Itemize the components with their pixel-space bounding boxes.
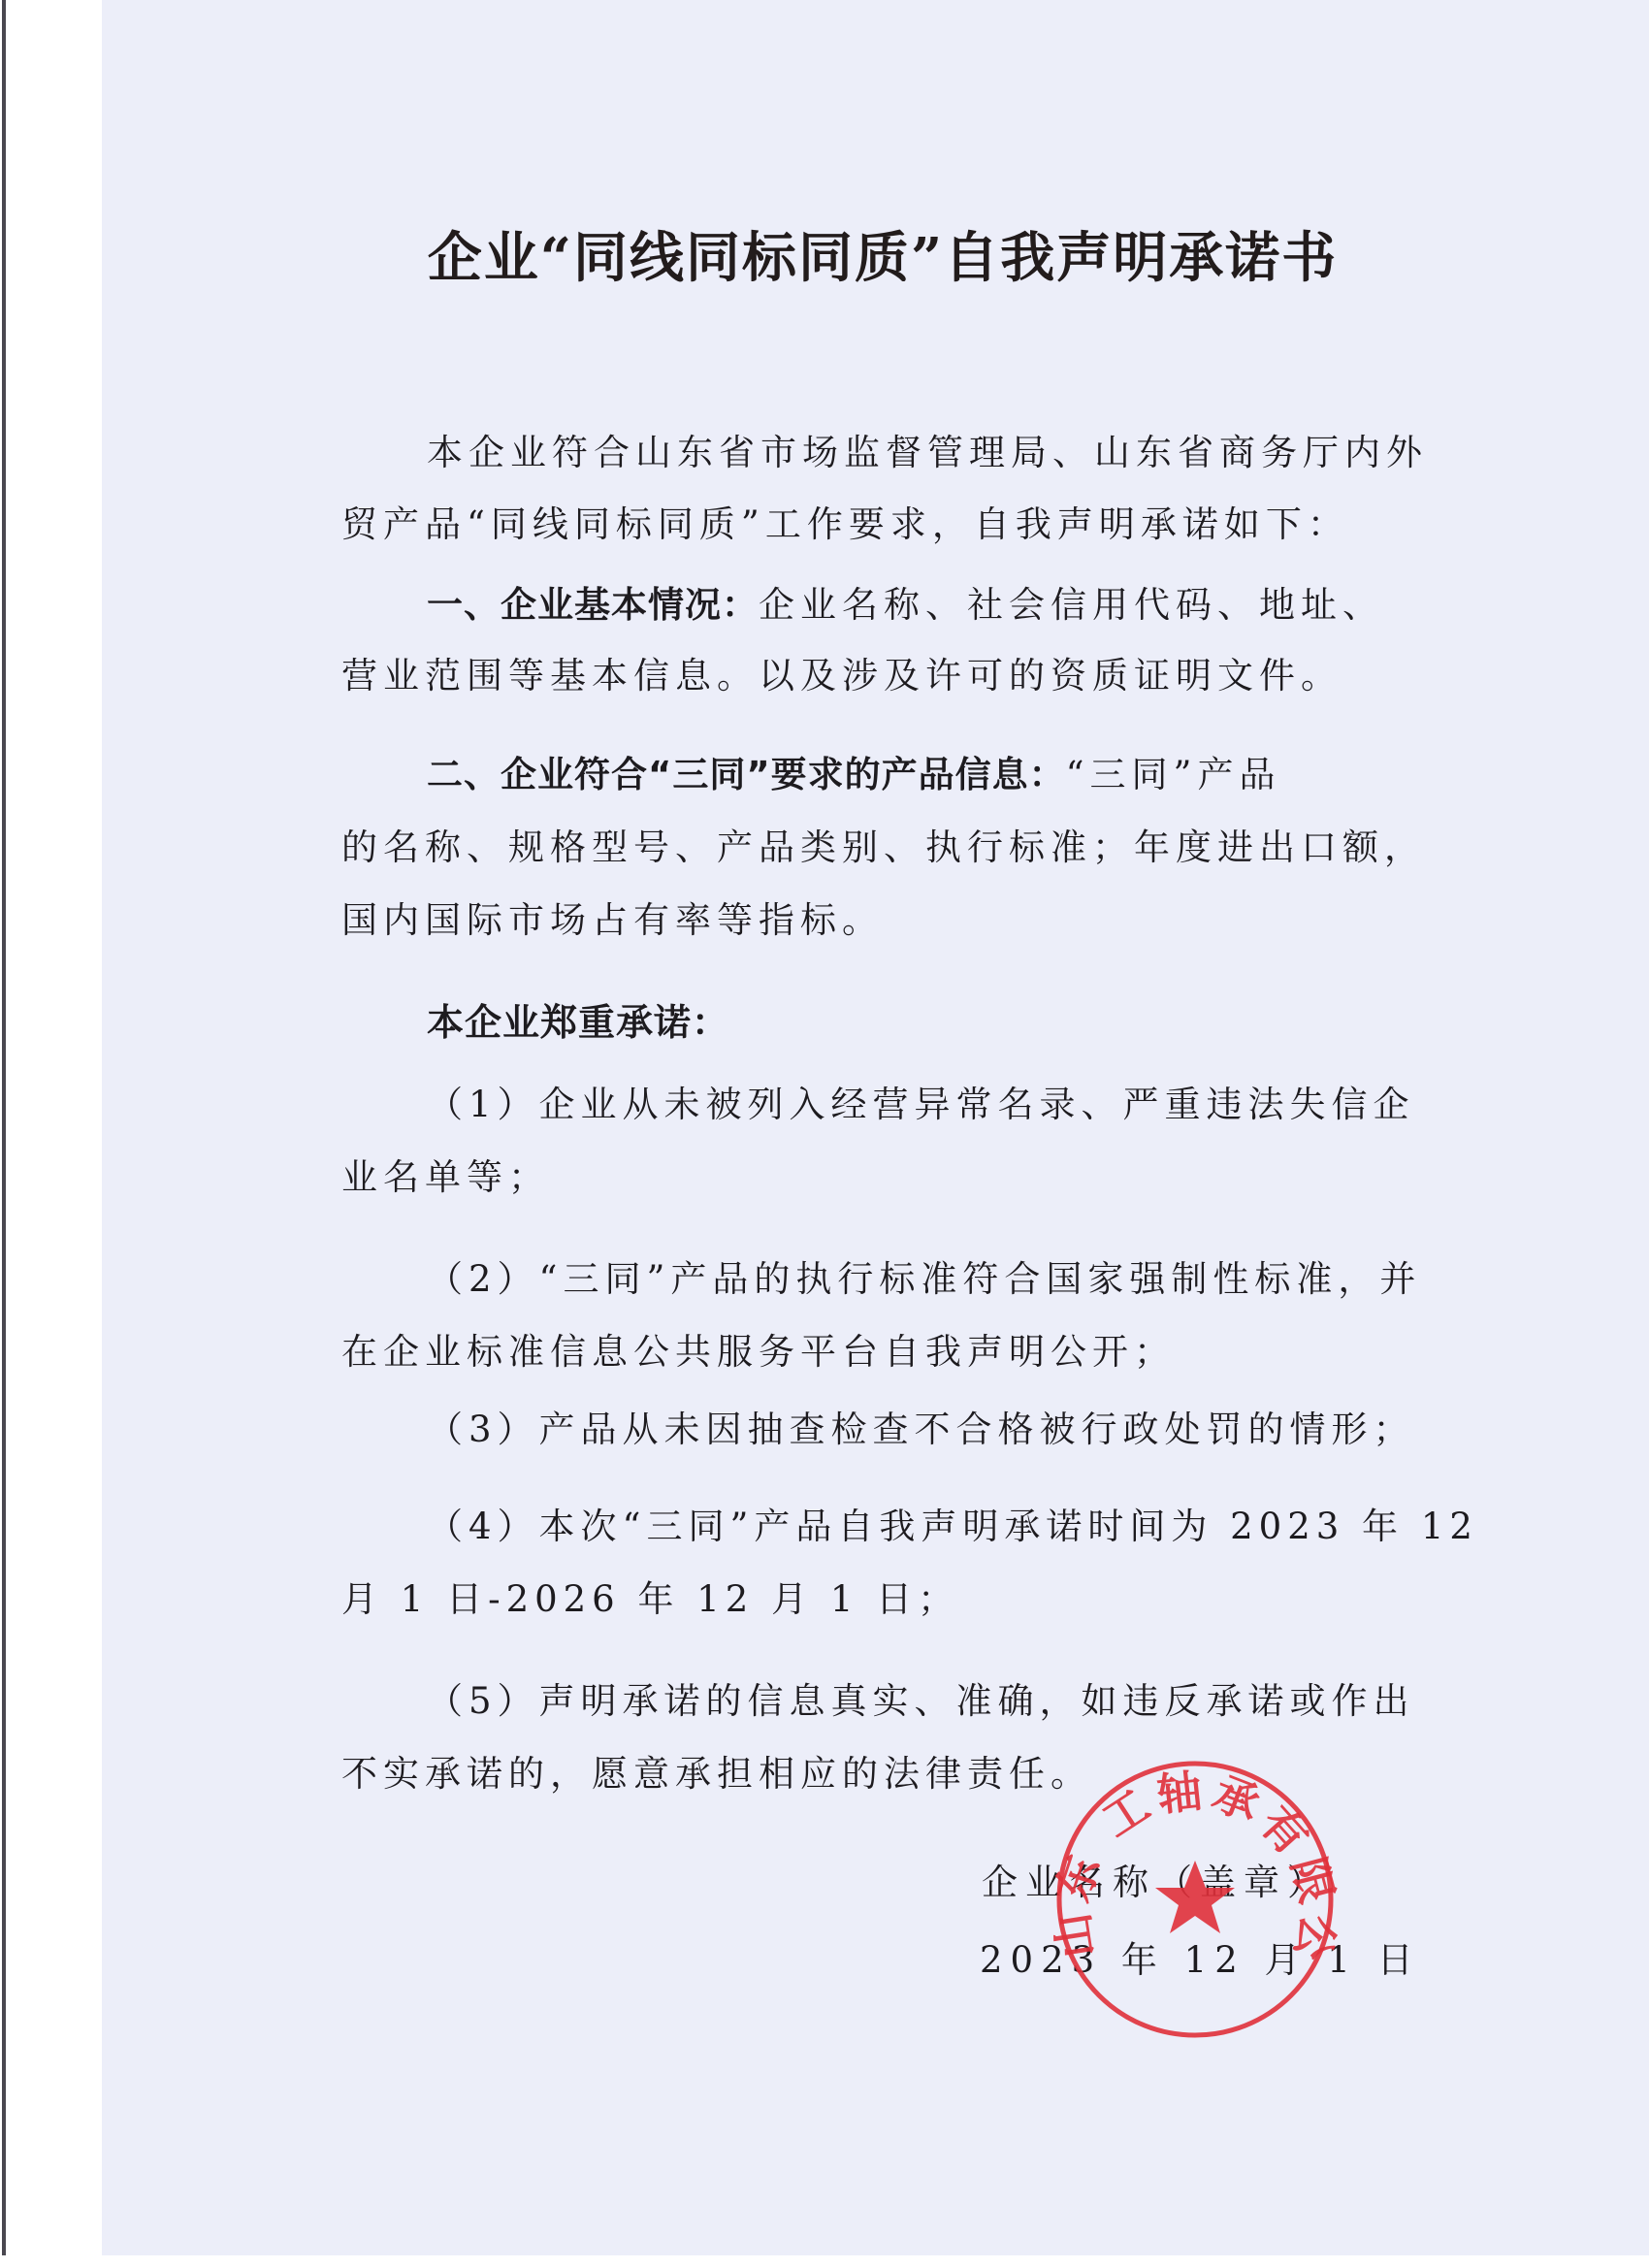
- commitment-5-line-2: 不实承诺的，愿意承担相应的法律责任。: [341, 1756, 1092, 1792]
- section-1-text: 企业名称、社会信用代码、地址、: [759, 584, 1384, 626]
- commitment-4-line-1: （4）本次“三同”产品自我声明承诺时间为 2023 年 12: [427, 1508, 1478, 1544]
- document-title: 企业“同线同标同质”自我声明承诺书: [0, 215, 1649, 293]
- scan-margin-bottom: [0, 2255, 1649, 2268]
- seal-star-icon: [1155, 1861, 1235, 1933]
- commitment-5-line-1: （5）声明承诺的信息真实、准确，如违反承诺或作出: [427, 1683, 1415, 1719]
- commitment-1-line-1: （1）企业从未被列入经营异常名录、严重违法失信企: [427, 1086, 1415, 1122]
- commitment-1-line-2: 业名单等；: [341, 1159, 550, 1195]
- document-page: [102, 0, 1649, 2255]
- section-2-line-1: 二、企业符合“三同”要求的产品信息：“三同”产品: [427, 757, 1280, 793]
- company-seal-stamp: 山东 工轴承有限公司: [1050, 1754, 1341, 2045]
- commitment-2-line-1: （2）“三同”产品的执行标准符合国家强制性标准，并: [427, 1261, 1421, 1297]
- section-2-heading: 二、企业符合“三同”要求的产品信息：: [427, 754, 1066, 795]
- intro-line-2: 贸产品“同线同标同质”工作要求，自我声明承诺如下：: [341, 506, 1349, 542]
- section-2-text: “三同”产品: [1066, 754, 1281, 795]
- commitment-2-line-2: 在企业标准信息公共服务平台自我声明公开；: [341, 1334, 1176, 1370]
- section-1-heading: 一、企业基本情况：: [427, 584, 759, 626]
- commitment-3-line-1: （3）产品从未因抽查检查不合格被行政处罚的情形；: [427, 1411, 1415, 1447]
- section-1-line-1: 一、企业基本情况：企业名称、社会信用代码、地址、: [427, 587, 1384, 623]
- scan-margin-left: [0, 0, 102, 2255]
- section-2-line-3: 国内国际市场占有率等指标。: [341, 902, 884, 938]
- section-1-line-2: 营业范围等基本信息。以及涉及许可的资质证明文件。: [341, 658, 1342, 694]
- intro-line-1: 本企业符合山东省市场监督管理局、山东省商务厅内外: [427, 435, 1428, 470]
- scan-edge-line: [2, 0, 6, 2255]
- commitment-heading: 本企业郑重承诺：: [427, 1004, 729, 1041]
- commitment-4-line-2: 月 1 日-2026 年 12 月 1 日；: [341, 1581, 959, 1617]
- section-2-line-2: 的名称、规格型号、产品类别、执行标准；年度进出口额，: [341, 829, 1426, 865]
